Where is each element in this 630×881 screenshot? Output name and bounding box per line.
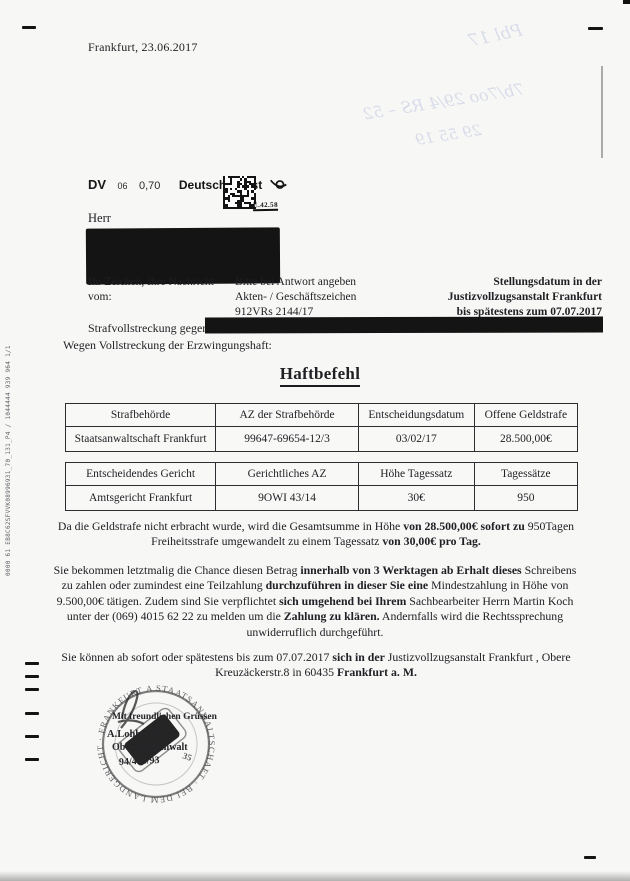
signer-title: Oberstaatsanwalt xyxy=(112,742,188,753)
cell-geldstrafe: 28.500,00€ xyxy=(474,427,577,452)
table-row: Staatsanwaltschaft Frankfurt 99647-69654… xyxy=(66,427,578,452)
header-cell: Höhe Tagessatz xyxy=(358,463,474,486)
header-cell: Gerichtliches AZ xyxy=(216,463,359,486)
reference-line: Stellungsdatum in der xyxy=(390,275,602,290)
edge-mark xyxy=(25,712,39,715)
header-cell: AZ der Strafbehörde xyxy=(216,404,359,427)
edge-mark xyxy=(25,675,39,678)
header-cell: Entscheidungsdatum xyxy=(358,404,474,427)
cell-gerichtliches-az: 9OWI 43/14 xyxy=(216,486,359,511)
franking-price: 0,70 xyxy=(139,180,160,192)
bleedthrough-handwriting: 29 55 19 xyxy=(414,121,483,149)
table-header-row: Entscheidendes Gericht Gerichtliches AZ … xyxy=(66,463,578,486)
scan-mark xyxy=(584,856,596,859)
reference-line: Justizvollzugsanstalt Frankfurt xyxy=(390,290,602,305)
cell-az: 99647-69654-12/3 xyxy=(216,427,359,452)
scan-corner-mark xyxy=(623,0,630,4)
cell-tagessatz: 30€ xyxy=(358,486,474,511)
reference-right-column: Stellungsdatum in der Justizvollzugsanst… xyxy=(390,275,602,320)
franking-code: E.42.58 xyxy=(253,201,278,211)
penalty-table: Strafbehörde AZ der Strafbehörde Entsche… xyxy=(65,403,578,452)
paragraph-conversion: Da die Geldstrafe nicht erbracht wurde, … xyxy=(55,519,577,550)
scan-mark xyxy=(588,27,603,30)
title-row: Haftbefehl xyxy=(40,364,600,387)
reference-line: Akten- / Geschäftszeichen xyxy=(235,290,415,305)
reference-line: Ihr Zeichen, Ihre Nachricht xyxy=(88,275,238,290)
enforcement-line: Strafvollstreckung gegen xyxy=(88,321,208,336)
table-row: Amtsgericht Frankfurt 9OWI 43/14 30€ 950 xyxy=(66,486,578,511)
machine-print-code: 0000 61 EB8C62SFVVK08996931_70_131_P4 / … xyxy=(5,326,12,576)
paragraph-deadline: Sie können ab sofort oder spätestens bis… xyxy=(55,650,577,681)
closing-line: Mit freundlichen Grüssen xyxy=(112,712,217,722)
edge-mark xyxy=(25,758,39,761)
edge-mark xyxy=(25,688,39,691)
cell-strafbehoerde: Staatsanwaltschaft Frankfurt xyxy=(66,427,216,452)
reason-line: Wegen Vollstreckung der Erzwingungshaft: xyxy=(63,338,272,353)
court-table: Entscheidendes Gericht Gerichtliches AZ … xyxy=(65,462,578,511)
signer-name: A.Lohheide xyxy=(107,729,159,740)
franking-mark: DV 06 0,70 Deutsche Post xyxy=(88,176,287,196)
date-line: Frankfurt, 23.06.2017 xyxy=(88,40,198,55)
scanned-letter: Frankfurt, 23.06.2017 DV 06 0,70 Deutsch… xyxy=(0,0,630,881)
cell-datum: 03/02/17 xyxy=(358,427,474,452)
datamatrix-barcode xyxy=(223,176,256,209)
scan-mark xyxy=(22,26,36,29)
header-cell: Tagessätze xyxy=(474,463,577,486)
document-title: Haftbefehl xyxy=(280,364,360,387)
signer-code: 94/463/93 xyxy=(119,755,160,768)
table-header-row: Strafbehörde AZ der Strafbehörde Entsche… xyxy=(66,404,578,427)
reference-line: vom: xyxy=(88,290,238,305)
header-cell: Strafbehörde xyxy=(66,404,216,427)
reference-middle-column: Bitte bei Antwort angeben Akten- / Gesch… xyxy=(235,275,415,320)
reference-line: Bitte bei Antwort angeben xyxy=(235,275,415,290)
reference-left-column: Ihr Zeichen, Ihre Nachricht vom: xyxy=(88,275,238,305)
paragraph-payment: Sie bekommen letztmalig die Chance diese… xyxy=(50,563,580,640)
bleedthrough-handwriting: 7b/7oo 29/4 RS – 52 xyxy=(362,79,526,123)
header-cell: Offene Geldstrafe xyxy=(474,404,577,427)
cell-tagessaetze: 950 xyxy=(474,486,577,511)
scan-edge-line xyxy=(601,66,603,158)
page-bottom-shadow xyxy=(0,871,630,881)
franking-number: 06 xyxy=(118,181,128,191)
header-cell: Entscheidendes Gericht xyxy=(66,463,216,486)
bleedthrough-handwriting: Pbl 17 xyxy=(467,21,525,52)
posthorn-icon xyxy=(270,178,287,196)
franking-dv-label: DV xyxy=(88,177,106,192)
edge-mark xyxy=(25,662,39,665)
recipient-salutation: Herr xyxy=(88,211,111,226)
cell-gericht: Amtsgericht Frankfurt xyxy=(66,486,216,511)
redacted-name-bar xyxy=(205,316,603,333)
edge-mark xyxy=(25,735,39,738)
